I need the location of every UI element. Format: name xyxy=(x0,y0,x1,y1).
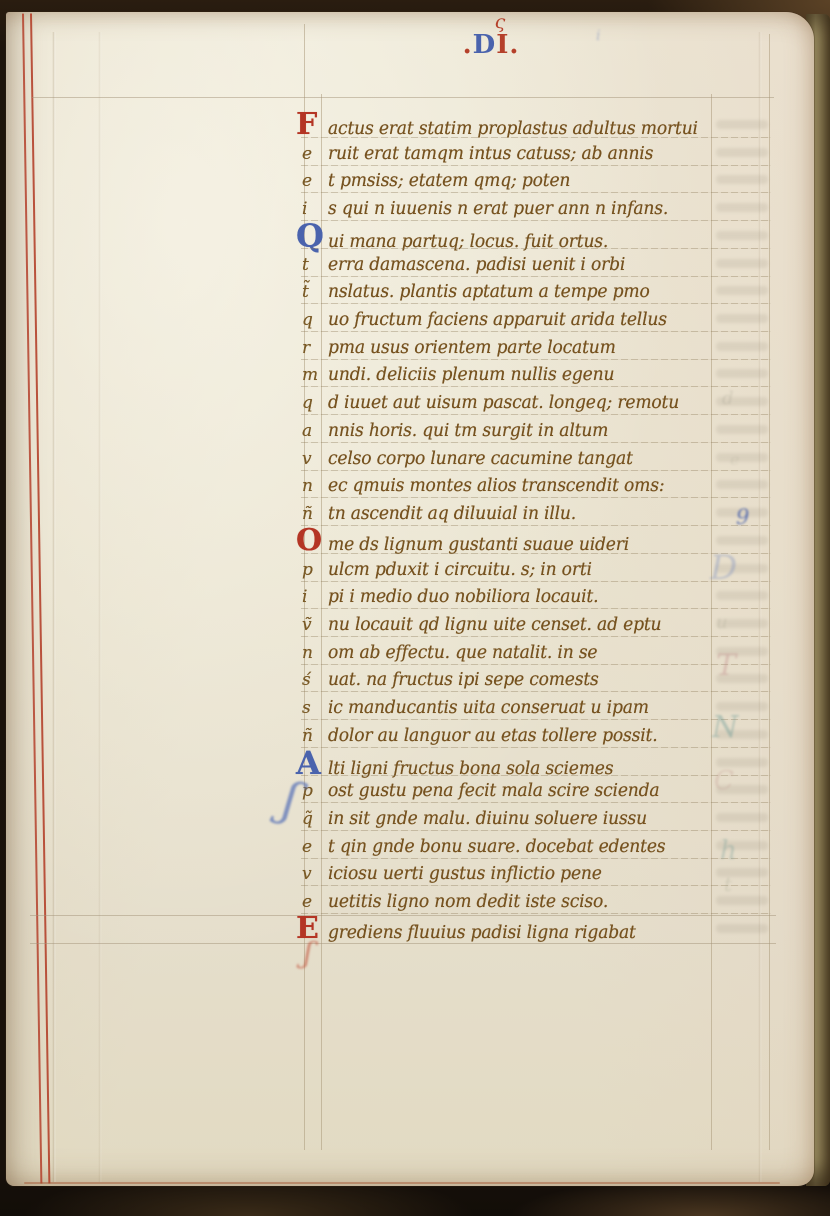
text-line-12: annis horis. qui tm surgit in altum xyxy=(296,417,614,445)
text-line-30: Egrediens fluuius padisi ligna rigabat xyxy=(296,916,642,944)
decorated-initial: O xyxy=(296,528,328,554)
line-text: uetitis ligno nom dedit iste sciso. xyxy=(328,888,608,916)
text-line-22: sic manducantis uita conseruat u ipam xyxy=(296,694,655,722)
line-initial: e xyxy=(296,167,328,195)
line-text: nu locauit qd lignu uite censet. ad eptu xyxy=(328,611,661,639)
line-initial: q xyxy=(296,389,328,417)
text-line-26: q̃in sit gnde malu. diuinu soluere iussu xyxy=(296,805,654,833)
text-line-17: pulcm pduxit i circuitu. s; in orti xyxy=(296,556,597,584)
line-initial: p xyxy=(296,556,328,584)
line-initial: n xyxy=(296,472,328,500)
line-text: t qin gnde bonu suare. docebat edentes xyxy=(328,833,665,861)
text-line-19: ṽnu locauit qd lignu uite censet. ad ep… xyxy=(296,611,668,639)
text-line-29: euetitis ligno nom dedit iste sciso. xyxy=(296,888,614,916)
leaf-bottom-edge-line xyxy=(24,1182,780,1184)
line-initial: v xyxy=(296,860,328,888)
text-line-24: Alti ligni fructus bona sola sciemes xyxy=(296,750,619,778)
line-text: ic manducantis uita conseruat u ipam xyxy=(328,694,649,722)
text-line-10: mundi. deliciis plenum nullis egenu xyxy=(296,361,620,389)
line-text: iciosu uerti gustus inflictio pene xyxy=(328,860,602,888)
line-text: uo fructum faciens apparuit arida tellus xyxy=(328,306,667,334)
line-text: om ab effectu. que natalit. in se xyxy=(328,639,597,667)
line-initial: q̃ xyxy=(296,805,328,833)
line-initial: r xyxy=(296,334,328,362)
text-line-15: ñtn ascendit aq diluuial in illu. xyxy=(296,500,581,528)
line-text: ec qmuis montes alios transcendit oms: xyxy=(328,472,664,500)
decorated-initial: Q xyxy=(296,223,328,249)
line-text: tn ascendit aq diluuial in illu. xyxy=(328,500,576,528)
manuscript-photo: ς .DI. Factus erat statim proplastus adu… xyxy=(0,0,830,1216)
line-initial: e xyxy=(296,833,328,861)
line-text: in sit gnde malu. diuinu soluere iussu xyxy=(328,805,647,833)
text-line-14: nec qmuis montes alios transcendit oms: xyxy=(296,472,671,500)
text-line-8: quo fructum faciens apparuit arida tellu… xyxy=(296,306,674,334)
line-text: ost gustu pena fecit mala scire scienda xyxy=(328,777,659,805)
line-initial: t xyxy=(296,251,328,279)
text-line-1: Factus erat statim proplastus adultus mo… xyxy=(296,112,705,140)
line-initial: ś xyxy=(296,666,328,694)
text-line-3: et pmsiss; etatem qmq; poten xyxy=(296,167,575,195)
line-text: nnis horis. qui tm surgit in altum xyxy=(328,417,608,445)
decorated-initial: F xyxy=(296,112,328,138)
line-text: nslatus. plantis aptatum a tempe pmo xyxy=(328,278,650,306)
line-text: celso corpo lunare cacumine tangat xyxy=(328,445,633,473)
line-text: uat. na fructus ipi sepe comests xyxy=(328,666,599,694)
text-line-25: post gustu pena fecit mala scire scienda xyxy=(296,777,666,805)
text-line-27: et qin gnde bonu suare. docebat edentes xyxy=(296,833,672,861)
line-initial: e xyxy=(296,140,328,168)
parchment-crease xyxy=(758,32,762,1182)
text-line-21: śuat. na fructus ipi sepe comests xyxy=(296,666,604,694)
text-line-9: rpma usus orientem parte locatum xyxy=(296,334,622,362)
text-line-6: terra damascena. padisi uenit i orbi xyxy=(296,251,631,279)
line-initial: m xyxy=(296,361,328,389)
line-text: erra damascena. padisi uenit i orbi xyxy=(328,251,625,279)
line-initial: a xyxy=(296,417,328,445)
text-line-11: qd iuuet aut uisum pascat. longeq; remot… xyxy=(296,389,686,417)
line-text: pi i medio duo nobiliora locauit. xyxy=(328,583,598,611)
text-line-28: viciosu uerti gustus inflictio pene xyxy=(296,860,607,888)
line-text: d iuuet aut uisum pascat. longeq; remotu xyxy=(328,389,679,417)
text-line-16: Ome ds lignum gustanti suaue uideri xyxy=(296,528,635,556)
text-line-18: ipi i medio duo nobiliora locauit. xyxy=(296,583,604,611)
text-line-23: ñdolor au languor au etas tollere possit… xyxy=(296,722,664,750)
line-text: ulcm pduxit i circuitu. s; in orti xyxy=(328,556,592,584)
line-initial: p xyxy=(296,777,328,805)
line-text: pma usus orientem parte locatum xyxy=(328,334,616,362)
line-text: undi. deliciis plenum nullis egenu xyxy=(328,361,614,389)
text-line-5: Qui mana partuq; locus. fuit ortus. xyxy=(296,223,614,251)
decorated-initial: A xyxy=(296,750,328,776)
line-text: ruit erat tamqm intus catuss; ab annis xyxy=(328,140,653,168)
text-line-2: eruit erat tamqm intus catuss; ab annis xyxy=(296,140,660,168)
line-text: dolor au languor au etas tollere possit. xyxy=(328,722,658,750)
line-initial: i xyxy=(296,583,328,611)
text-line-20: nom ab effectu. que natalit. in se xyxy=(296,639,603,667)
line-initial: ṽ xyxy=(296,611,328,639)
text-line-13: vcelso corpo lunare cacumine tangat xyxy=(296,445,639,473)
line-initial: v xyxy=(296,445,328,473)
line-text: grediens fluuius padisi ligna rigabat xyxy=(328,919,636,947)
line-initial: q xyxy=(296,306,328,334)
decorated-initial: E xyxy=(296,916,328,942)
parchment-crease xyxy=(98,32,102,1182)
line-initial: n xyxy=(296,639,328,667)
line-initial: s xyxy=(296,694,328,722)
text-line-4: is qui n iuuenis n erat puer ann n infan… xyxy=(296,195,675,223)
text-line-7: t̃nslatus. plantis aptatum a tempe pmo xyxy=(296,278,656,306)
parchment-crease xyxy=(52,32,56,1182)
line-text: t pmsiss; etatem qmq; poten xyxy=(328,167,570,195)
line-text: s qui n iuuenis n erat puer ann n infans… xyxy=(328,195,668,223)
line-initial: t̃ xyxy=(296,278,328,306)
